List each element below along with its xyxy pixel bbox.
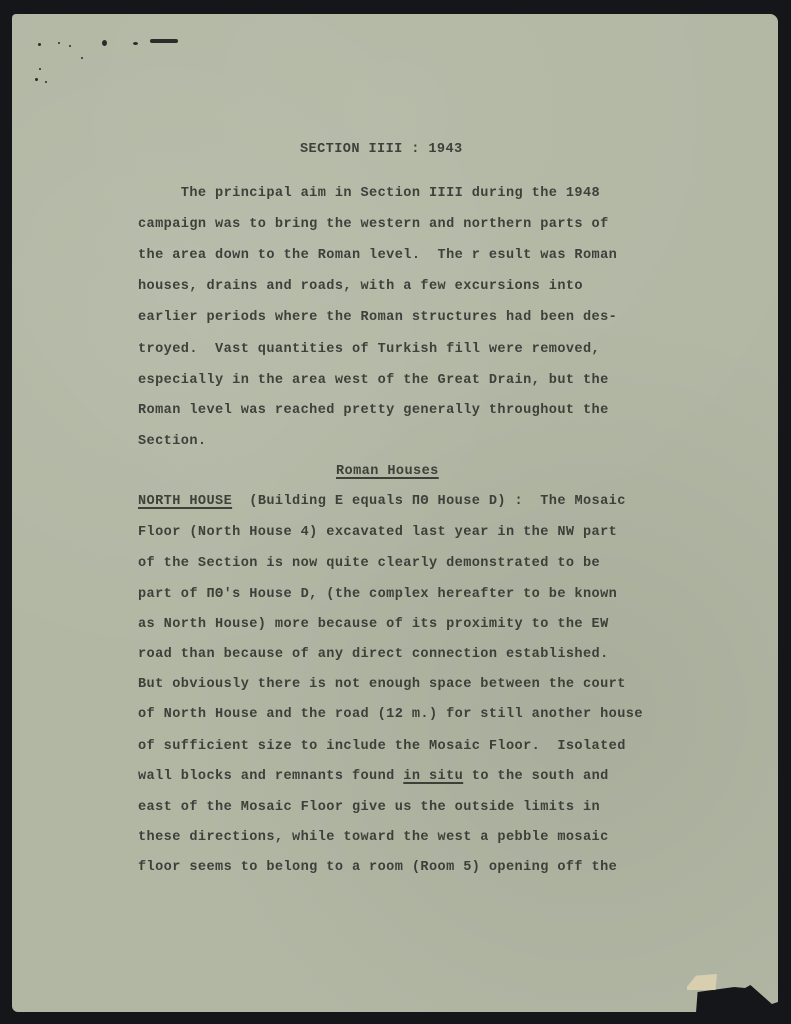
- paragraph-line: Floor (North House 4) excavated last yea…: [138, 526, 617, 540]
- paragraph-line: east of the Mosaic Floor give us the out…: [138, 801, 600, 815]
- paragraph-line: as North House) more because of its prox…: [138, 618, 609, 632]
- paragraph-line: these directions, while toward the west …: [138, 831, 609, 845]
- paragraph-line: floor seems to belong to a room (Room 5)…: [138, 861, 617, 875]
- north-house-first-line: NORTH HOUSE (Building E equals ΠΘ House …: [138, 495, 626, 509]
- paragraph-line: Roman level was reached pretty generally…: [138, 404, 609, 418]
- paragraph-line: campaign was to bring the western and no…: [138, 218, 609, 232]
- paragraph-line: of sufficient size to include the Mosaic…: [138, 740, 626, 754]
- insitu-before: wall blocks and remnants found: [138, 769, 403, 784]
- paragraph-line: earlier periods where the Roman structur…: [138, 311, 617, 325]
- paragraph-line: Section.: [138, 435, 206, 449]
- paragraph-line: road than because of any direct connecti…: [138, 648, 609, 662]
- insitu-after: to the south and: [463, 769, 608, 784]
- north-house-first-line-text: (Building E equals ΠΘ House D) : The Mos…: [232, 494, 626, 509]
- paragraph-line: of North House and the road (12 m.) for …: [138, 708, 643, 722]
- paragraph-line: the area down to the Roman level. The r …: [138, 249, 617, 263]
- paragraph-line: of the Section is now quite clearly demo…: [138, 557, 600, 571]
- paragraph-line: houses, drains and roads, with a few exc…: [138, 280, 583, 294]
- typewritten-document: SECTION IIII : 1943 The principal aim in…: [0, 0, 791, 1024]
- paragraph-line: troyed. Vast quantities of Turkish fill …: [138, 343, 600, 357]
- north-house-label: NORTH HOUSE: [138, 494, 232, 509]
- subheading-roman-houses: Roman Houses: [336, 465, 439, 479]
- insitu-underlined: in situ: [403, 769, 463, 784]
- paragraph-line: But obviously there is not enough space …: [138, 678, 626, 692]
- insitu-line: wall blocks and remnants found in situ t…: [138, 770, 609, 784]
- section-title: SECTION IIII : 1943: [300, 143, 463, 157]
- paragraph-line: especially in the area west of the Great…: [138, 374, 609, 388]
- paragraph-line: part of ΠΘ's House D, (the complex herea…: [138, 588, 617, 602]
- paragraph-line: The principal aim in Section IIII during…: [138, 187, 600, 201]
